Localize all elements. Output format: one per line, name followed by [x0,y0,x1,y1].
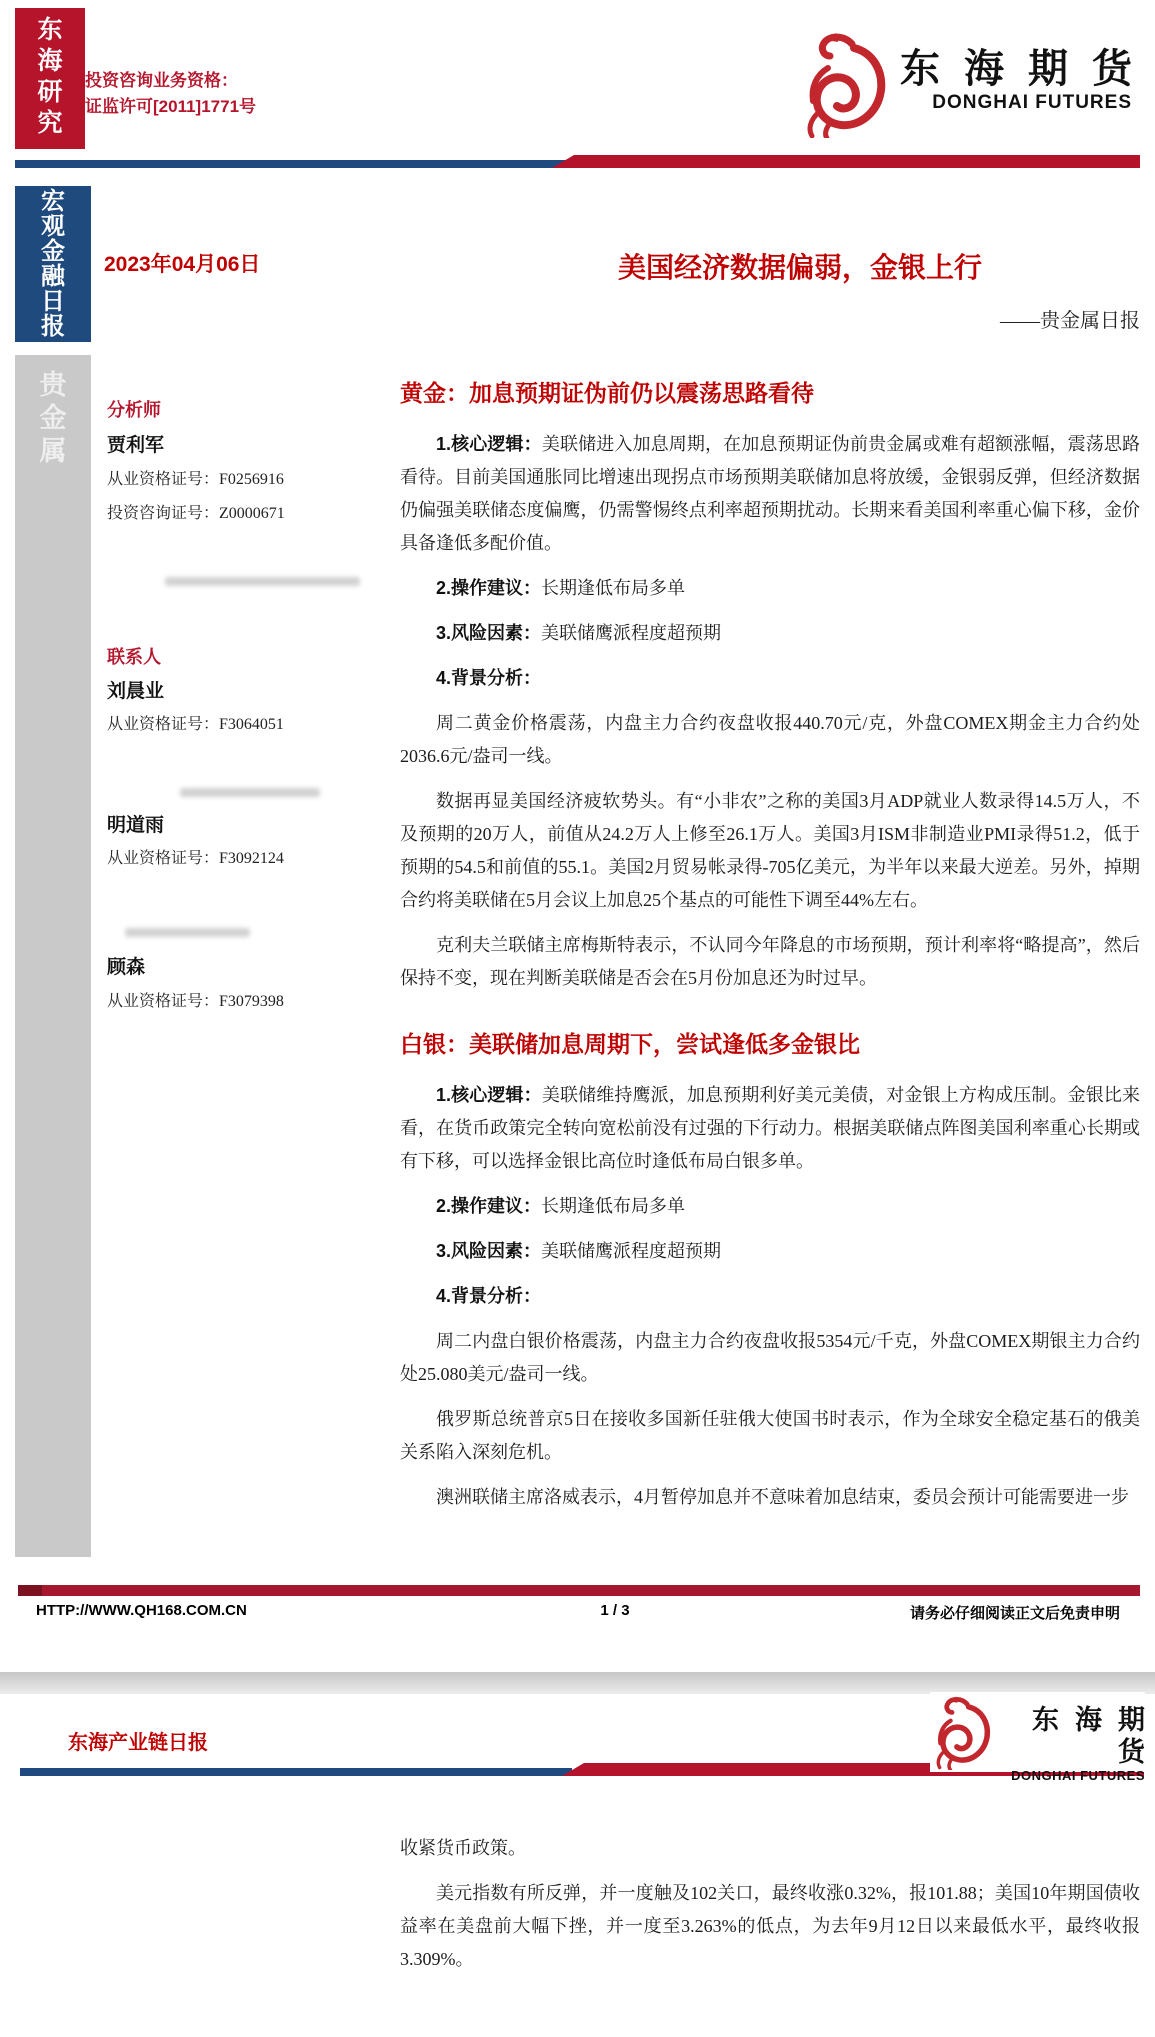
qualification-line1: 投资咨询业务资格： [85,68,256,94]
page2-header-title: 东海产业链日报 [68,1726,208,1755]
gold-background-label: 4.背景分析： [400,662,1140,695]
gold-core-logic: 1.核心逻辑：美联储进入加息周期，在加息预期证伪前贵金属或难有超额涨幅，震荡思路… [400,428,1140,560]
dragon-logo-icon [798,28,888,143]
sidebar-subcategory-label: 贵金属 [40,355,67,1557]
contact-name-3: 顾森 [107,952,145,979]
contact-cert-1: 从业资格证号：F3064051 [107,711,284,734]
brand-research-box: 东海研究 [15,8,85,149]
silver-advice: 2.操作建议：长期逢低布局多单 [400,1190,1140,1223]
logo-chinese-name: 东海期货 [900,46,1155,92]
page2-para-1: 收紧货币政策。 [400,1832,1140,1865]
header-divider-red [552,155,1140,168]
gold-background-para-2: 数据再显美国经济疲软势头。有“小非农”之称的美国3月ADP就业人数录得14.5万… [400,785,1140,917]
report-subtitle: ——贵金属日报 [400,304,1140,333]
logo-english-name: DONGHAI FUTURES [900,92,1132,114]
silver-background-para-1: 周二内盘白银价格震荡，内盘主力合约夜盘收报5354元/千克，外盘COMEX期银主… [400,1325,1140,1391]
footer-url[interactable]: HTTP://WWW.QH168.COM.CN [36,1602,247,1619]
company-logo-text: 东海期货 DONGHAI FUTURES [900,28,1132,114]
silver-core-logic: 1.核心逻辑：美联储维持鹰派，加息预期利好美元美债，对金银上方构成压制。金银比来… [400,1079,1140,1178]
analyst-cert-1: 从业资格证号：F0256916 [107,466,284,489]
analyst-cert-2: 投资咨询证号：Z0000671 [107,500,285,523]
gold-advice-label: 2.操作建议： [436,578,541,598]
footer-divider-cap [18,1585,42,1596]
analyst-name: 贾利军 [107,430,164,457]
silver-background-label: 4.背景分析： [400,1280,1140,1313]
silver-core-logic-label: 1.核心逻辑： [436,1085,542,1105]
report-date: 2023年04月06日 [104,248,260,278]
silver-background-para-2: 俄罗斯总统普京5日在接收多国新任驻俄大使国书时表示，作为全球安全稳定基石的俄美关… [400,1403,1140,1469]
contact-cert-2: 从业资格证号：F3092124 [107,845,284,868]
page2-company-logo: 东海期货 DONGHAI FUTURES [930,1692,1145,1772]
document-page: 东海研究 投资咨询业务资格： 证监许可[2011]1771号 东海期货 DONG… [0,0,1155,2037]
page2-company-logo-text: 东海期货 DONGHAI FUTURES [1004,1692,1145,1784]
footer-page-number: 1 / 3 [540,1602,690,1619]
gold-background-para-3: 克利夫兰联储主席梅斯特表示，不认同今年降息的市场预期，预计利率将“略提高”，然后… [400,929,1140,995]
contact-name-2: 明道雨 [107,810,164,837]
footer-divider-bar [18,1585,1140,1596]
logo-chinese-name: 东海期货 [1004,1704,1155,1768]
report-body: 黄金：加息预期证伪前仍以震荡思路看待 1.核心逻辑：美联储进入加息周期，在加息预… [400,378,1140,1526]
redacted-email-blur [180,788,320,797]
redacted-email-blur [125,928,250,937]
silver-advice-label: 2.操作建议： [436,1196,541,1216]
gold-advice: 2.操作建议：长期逢低布局多单 [400,572,1140,605]
gold-section-heading: 黄金：加息预期证伪前仍以震荡思路看待 [400,378,1140,408]
silver-section-heading: 白银：美联储加息周期下，尝试逢低多金银比 [400,1029,1140,1059]
silver-risk: 3.风险因素：美联储鹰派程度超预期 [400,1235,1140,1268]
contact-name-1: 刘晨业 [107,676,164,703]
gold-risk-label: 3.风险因素： [436,623,541,643]
footer-disclaimer: 请务必仔细阅读正文后免责申明 [700,1602,1120,1623]
logo-english-name: DONGHAI FUTURES [1004,1768,1145,1784]
contact-cert-3: 从业资格证号：F3079398 [107,988,284,1011]
page2-para-2: 美元指数有所反弹，并一度触及102关口，最终收涨0.32%，报101.88；美国… [400,1877,1140,1976]
page2-divider-blue [20,1768,572,1776]
company-logo: 东海期货 DONGHAI FUTURES [798,28,1143,138]
header-divider-blue [15,160,570,168]
silver-risk-label: 3.风险因素： [436,1241,541,1261]
qualification-line2: 证监许可[2011]1771号 [85,94,256,120]
sidebar-category-box: 宏观金融日报 [15,186,91,342]
report-title: 美国经济数据偏弱，金银上行 [460,246,1140,286]
redacted-email-blur [165,577,360,586]
analyst-heading: 分析师 [107,396,161,422]
page2-body: 收紧货币政策。 美元指数有所反弹，并一度触及102关口，最终收涨0.32%，报1… [400,1820,1140,1988]
sidebar-subcategory-box: 贵金属 [15,355,91,1557]
gold-core-logic-label: 1.核心逻辑： [436,434,542,454]
page-separator [0,1672,1155,1694]
dragon-logo-icon [930,1692,992,1775]
brand-research-label: 东海研究 [38,8,63,149]
silver-background-para-3: 澳洲联储主席洛威表示，4月暂停加息并不意味着加息结束，委员会预计可能需要进一步 [400,1481,1140,1514]
gold-risk: 3.风险因素：美联储鹰派程度超预期 [400,617,1140,650]
qualification-text: 投资咨询业务资格： 证监许可[2011]1771号 [85,68,256,120]
gold-background-para-1: 周二黄金价格震荡，内盘主力合约夜盘收报440.70元/克，外盘COMEX期金主力… [400,707,1140,773]
contact-heading: 联系人 [107,643,161,669]
sidebar-category-label: 宏观金融日报 [41,186,65,342]
